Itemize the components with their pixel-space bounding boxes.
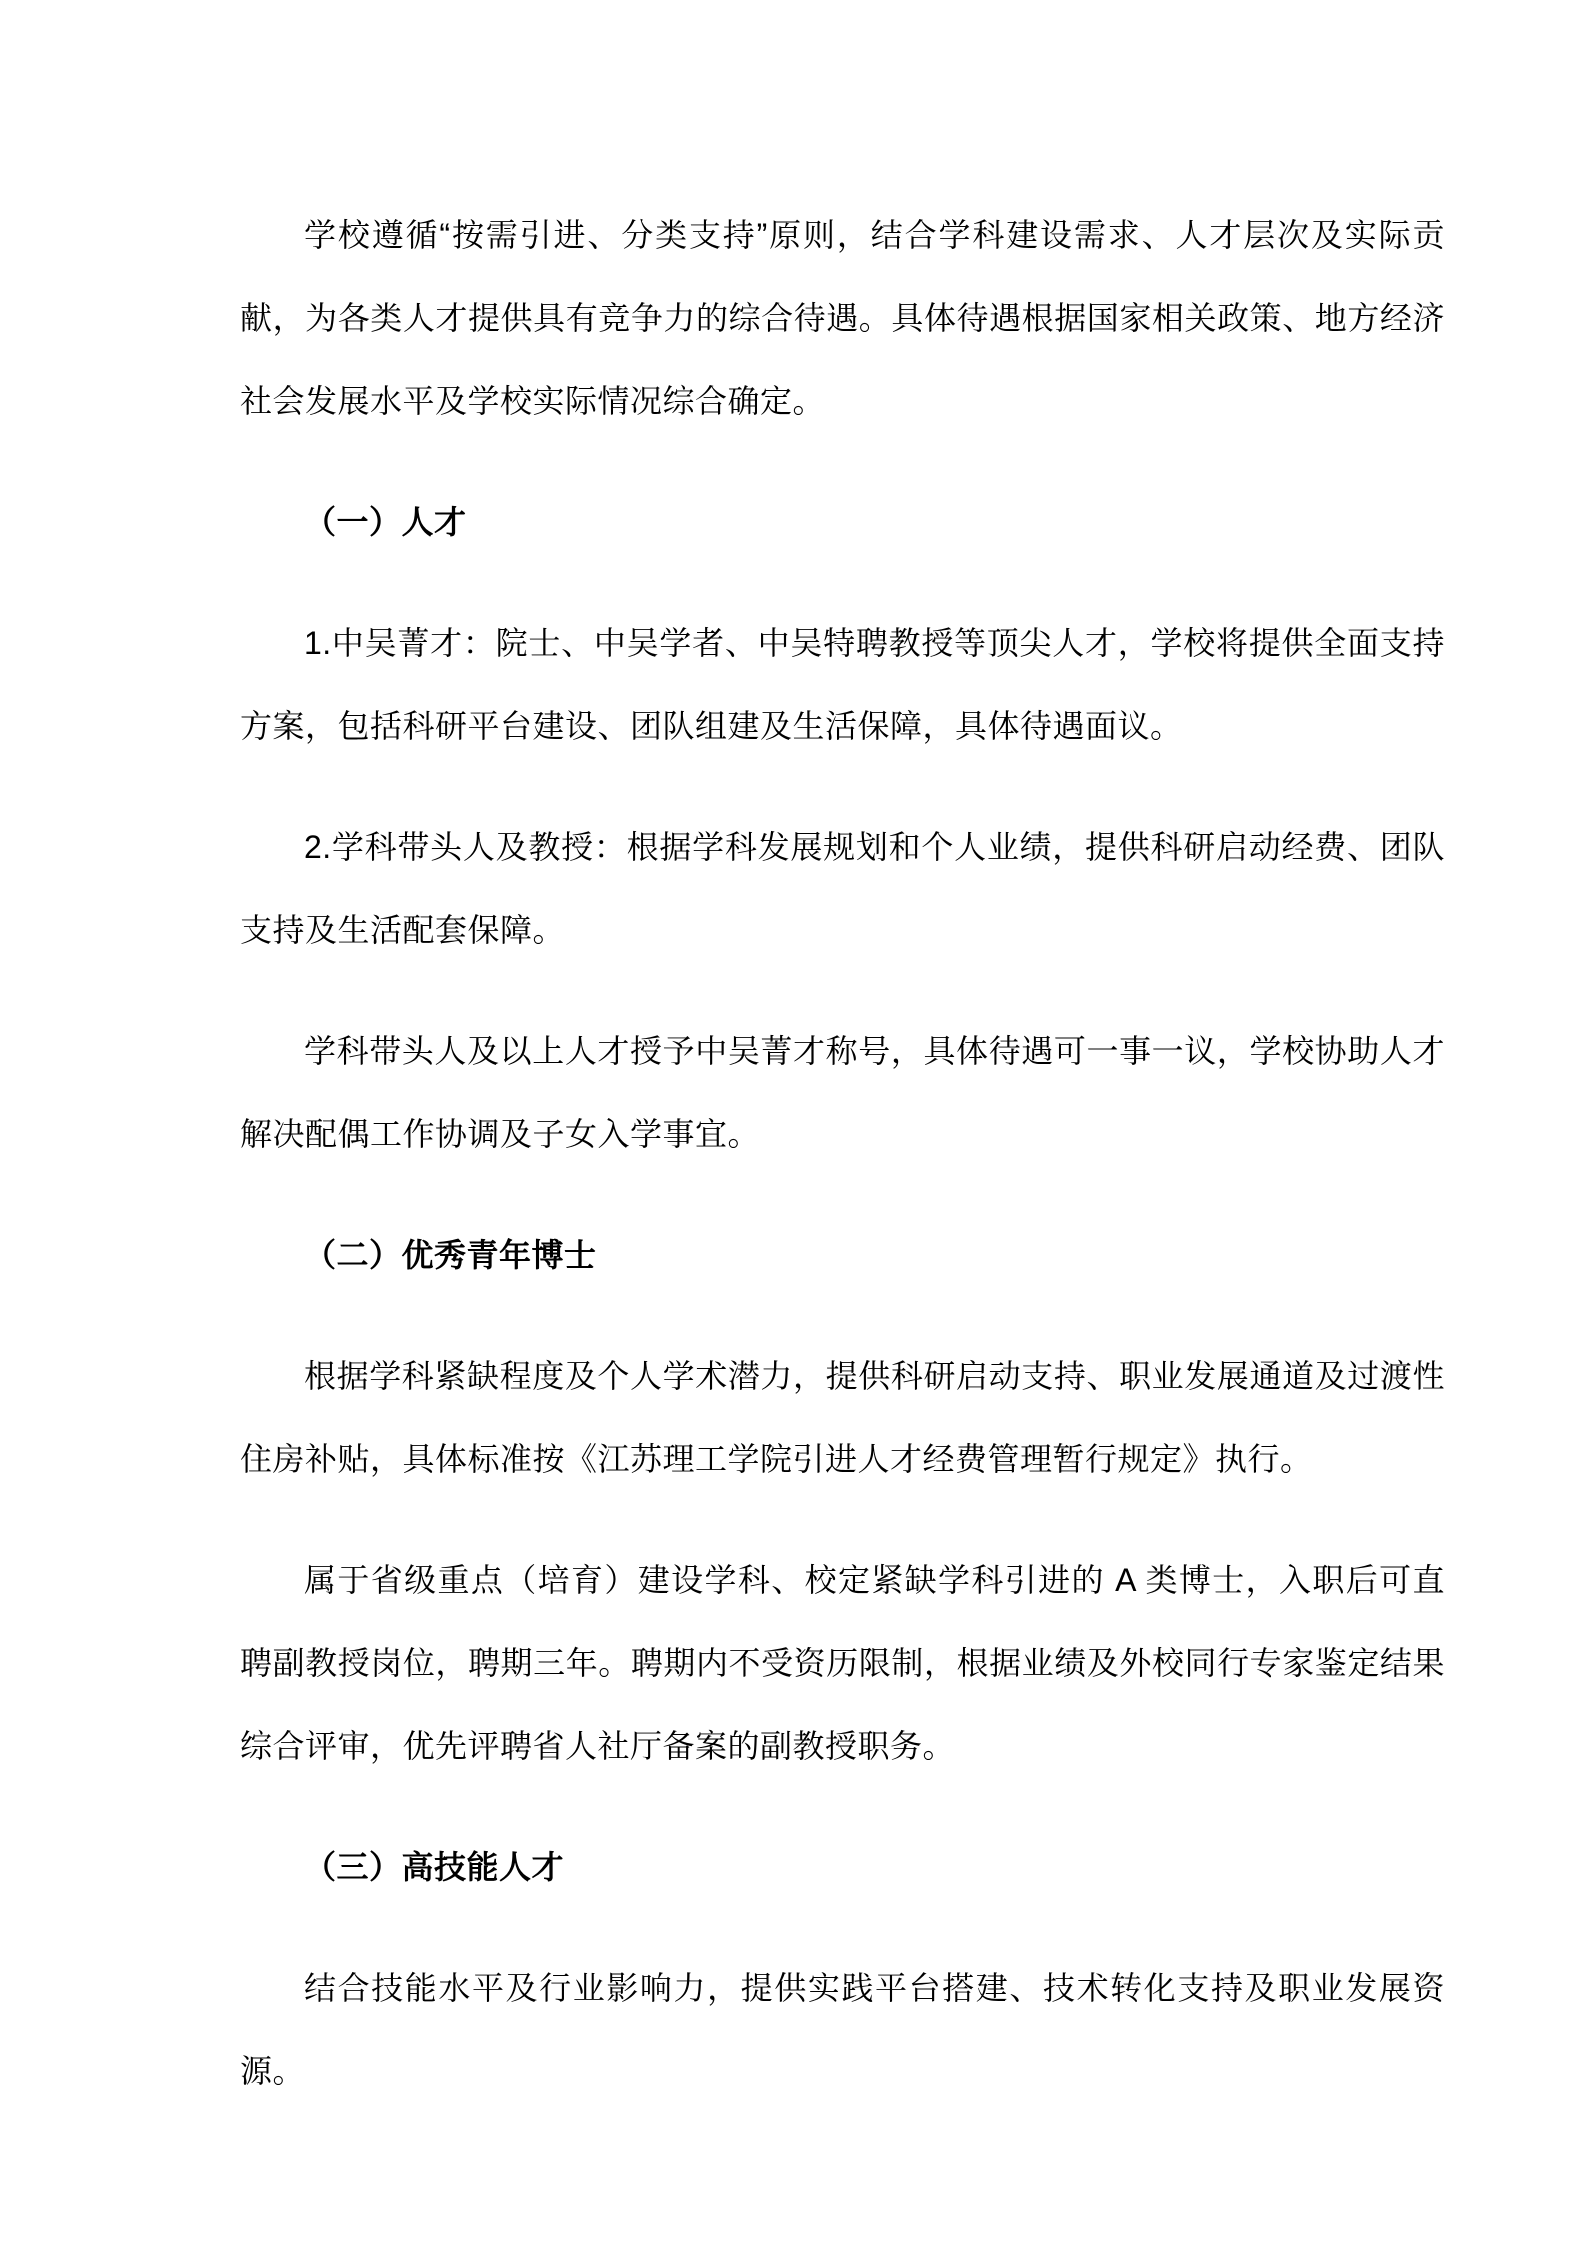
document-page: 学校遵循“按需引进、分类支持”原则，结合学科建设需求、人才层次及实际贡献，为各类… bbox=[0, 0, 1587, 2245]
section-heading: （二）优秀青年博士 bbox=[240, 1214, 1445, 1297]
document-body: 学校遵循“按需引进、分类支持”原则，结合学科建设需求、人才层次及实际贡献，为各类… bbox=[240, 194, 1445, 2113]
paragraph: 学科带头人及以上人才授予中吴菁才称号，具体待遇可一事一议，学校协助人才解决配偶工… bbox=[240, 1010, 1445, 1176]
paragraph: 2.学科带头人及教授：根据学科发展规划和个人业绩，提供科研启动经费、团队支持及生… bbox=[240, 806, 1445, 972]
paragraph: 学校遵循“按需引进、分类支持”原则，结合学科建设需求、人才层次及实际贡献，为各类… bbox=[240, 194, 1445, 443]
paragraph: 结合技能水平及行业影响力，提供实践平台搭建、技术转化支持及职业发展资源。 bbox=[240, 1947, 1445, 2113]
section-heading: （一）人才 bbox=[240, 481, 1445, 564]
section-heading: （三）高技能人才 bbox=[240, 1826, 1445, 1909]
paragraph: 1.中吴菁才：院士、中吴学者、中吴特聘教授等顶尖人才，学校将提供全面支持方案，包… bbox=[240, 602, 1445, 768]
paragraph: 根据学科紧缺程度及个人学术潜力，提供科研启动支持、职业发展通道及过渡性住房补贴，… bbox=[240, 1335, 1445, 1501]
paragraph: 属于省级重点（培育）建设学科、校定紧缺学科引进的 A 类博士，入职后可直聘副教授… bbox=[240, 1539, 1445, 1788]
